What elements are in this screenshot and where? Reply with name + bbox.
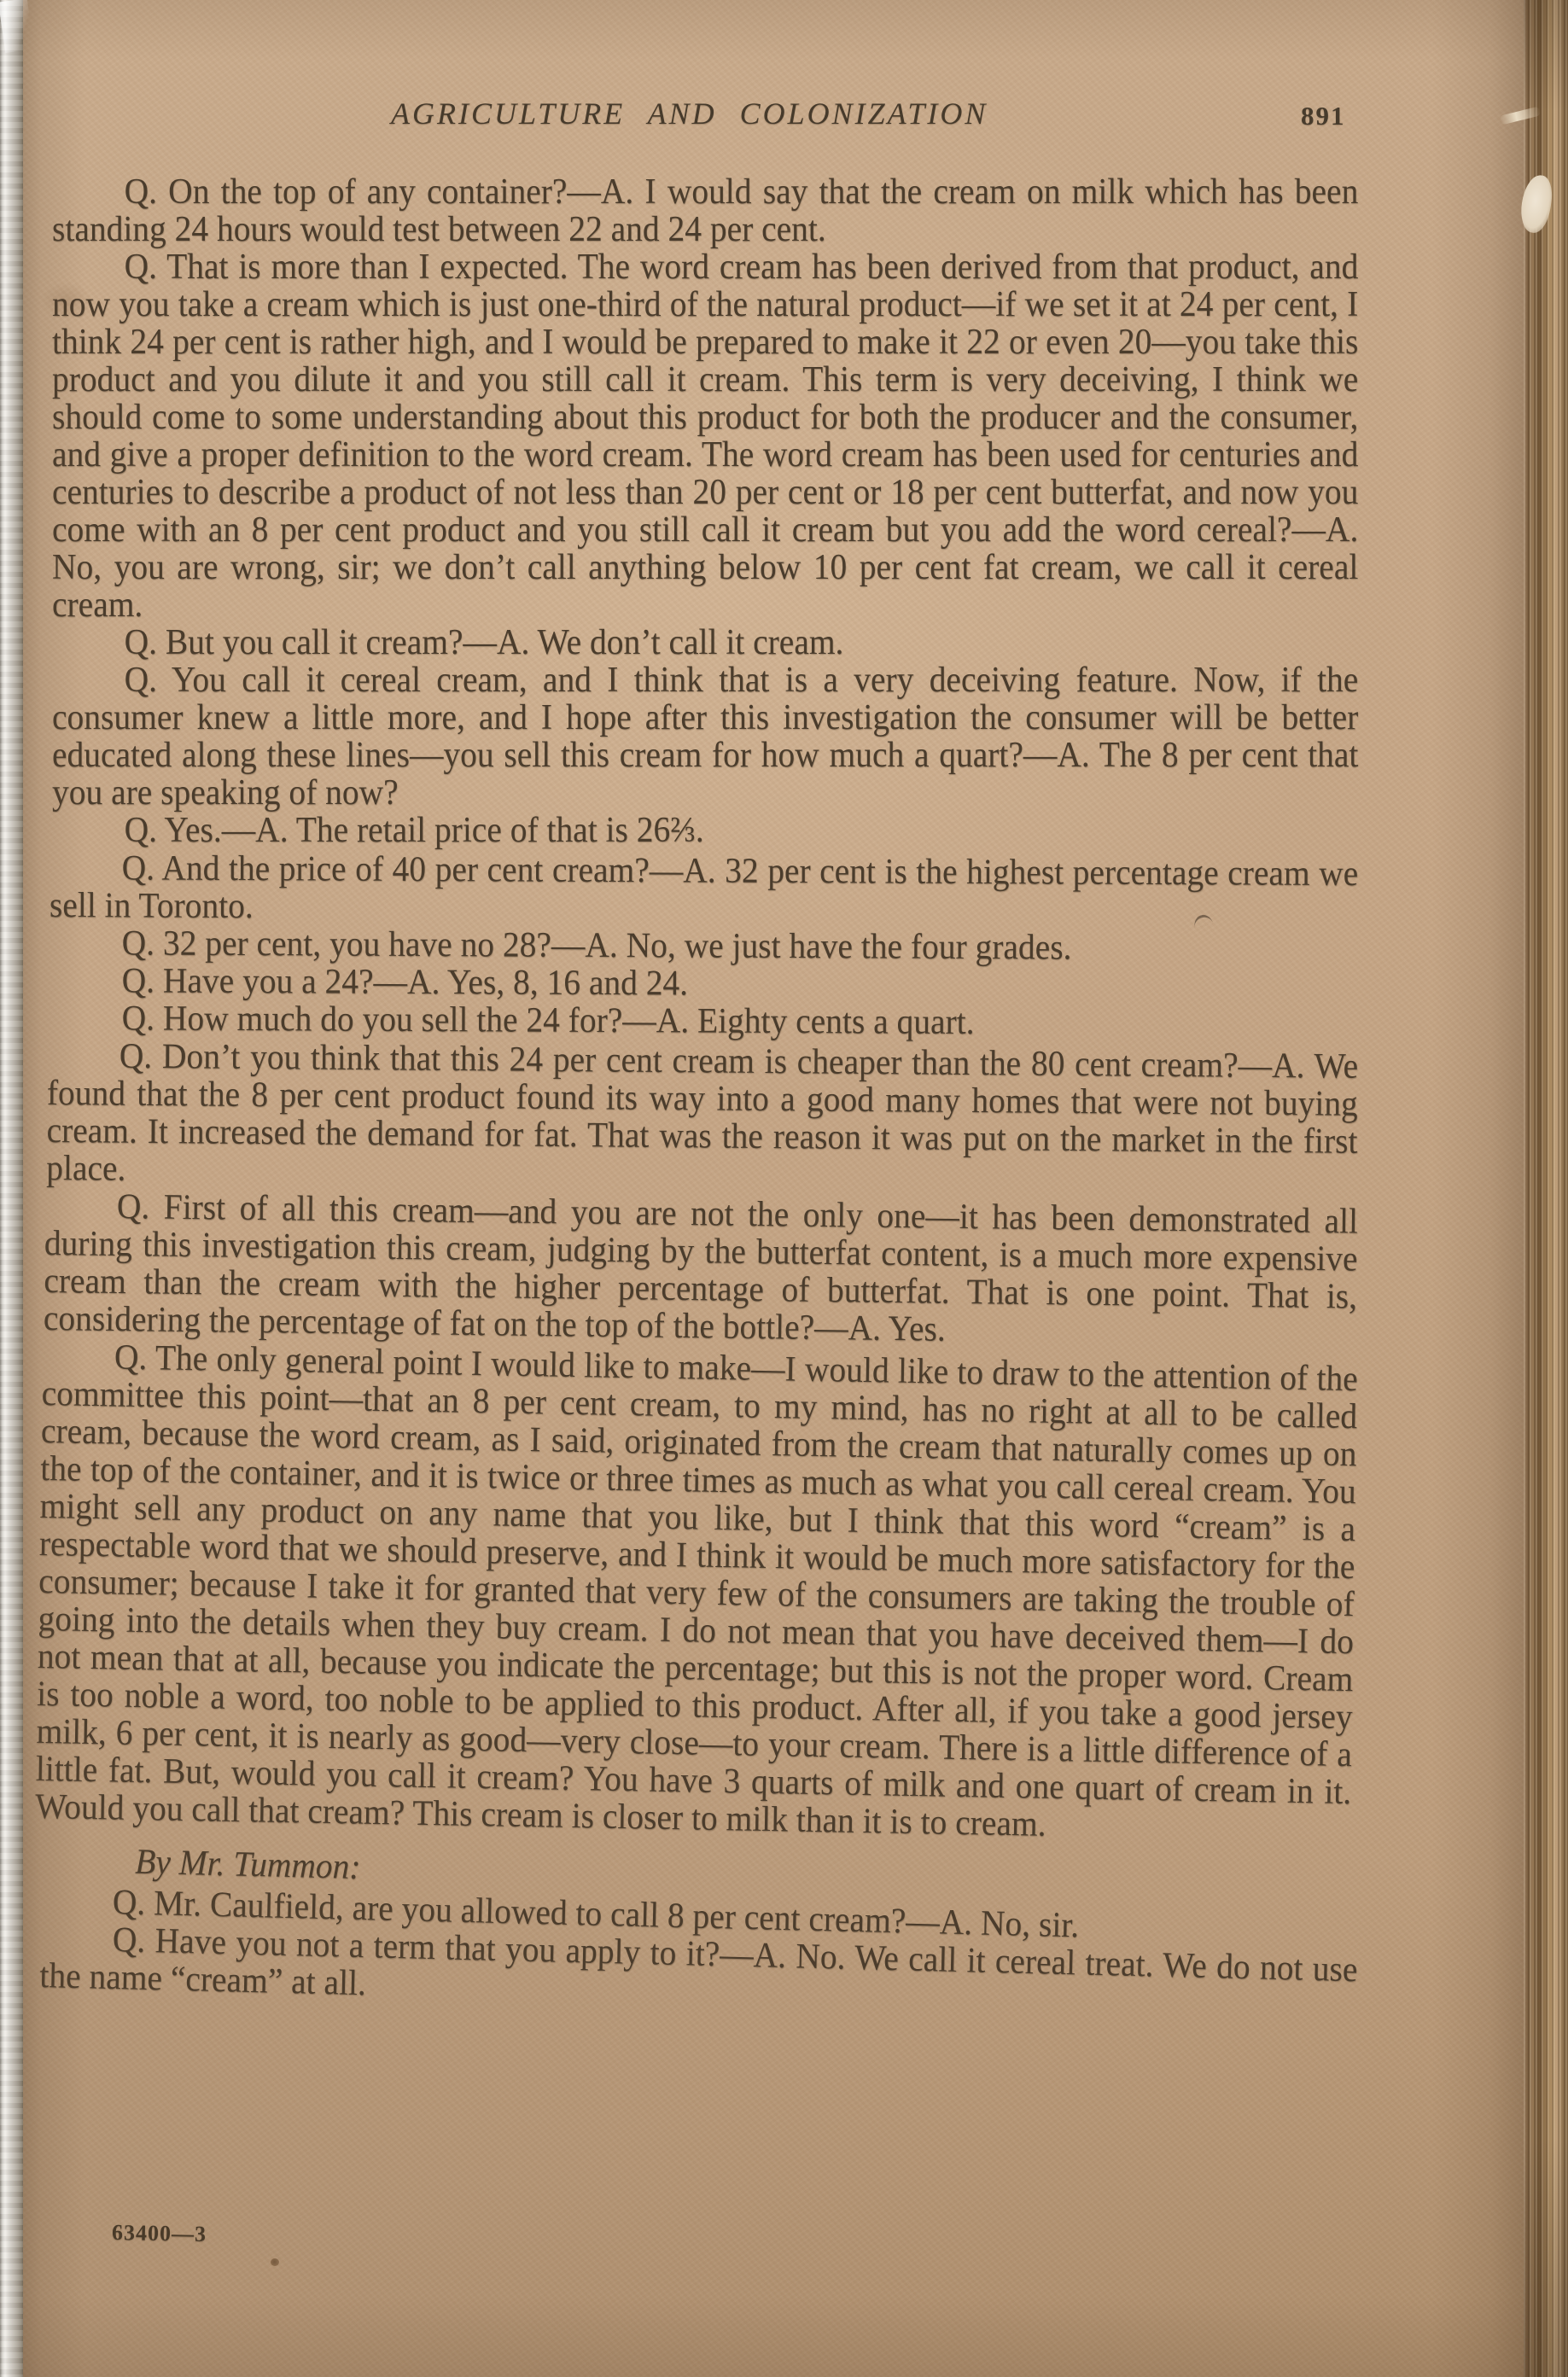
running-header-title: AGRICULTURE AND COLONIZATION: [391, 96, 988, 131]
qa-paragraph: Q. The only general point I would like t…: [35, 1337, 1358, 1849]
page-number: 891: [1301, 101, 1346, 131]
qa-paragraph: Q. You call it cereal cream, and I think…: [52, 661, 1358, 812]
transcript-text-block: Q. On the top of any container?—A. I wou…: [52, 173, 1358, 1995]
book-page-edges-band: [1524, 0, 1568, 2377]
qa-paragraph: Q. How much do you sell the 24 for?—A. E…: [50, 999, 1358, 1043]
qa-paragraph: Q. First of all this cream—and you are n…: [44, 1187, 1359, 1354]
scanned-book-page: AGRICULTURE AND COLONIZATION 891 Q. On t…: [0, 0, 1568, 2377]
ink-speck: [271, 2258, 279, 2266]
qa-paragraph: Q. On the top of any container?—A. I wou…: [52, 173, 1358, 248]
qa-paragraph: Q. But you call it cream?—A. We don’t ca…: [52, 624, 1358, 661]
qa-paragraph: Q. And the price of 40 per cent cream?—A…: [50, 849, 1358, 930]
scan-edge-highlight: [0, 0, 34, 53]
qa-paragraph: Q. Yes.—A. The retail price of that is 2…: [52, 812, 1358, 849]
scan-edge-strip: [0, 0, 23, 2377]
qa-paragraph: Q. Don’t you think that this 24 per cent…: [46, 1037, 1358, 1198]
qa-paragraph: Q. That is more than I expected. The wor…: [52, 248, 1358, 624]
printer-signature-mark: 63400—3: [112, 2220, 207, 2247]
